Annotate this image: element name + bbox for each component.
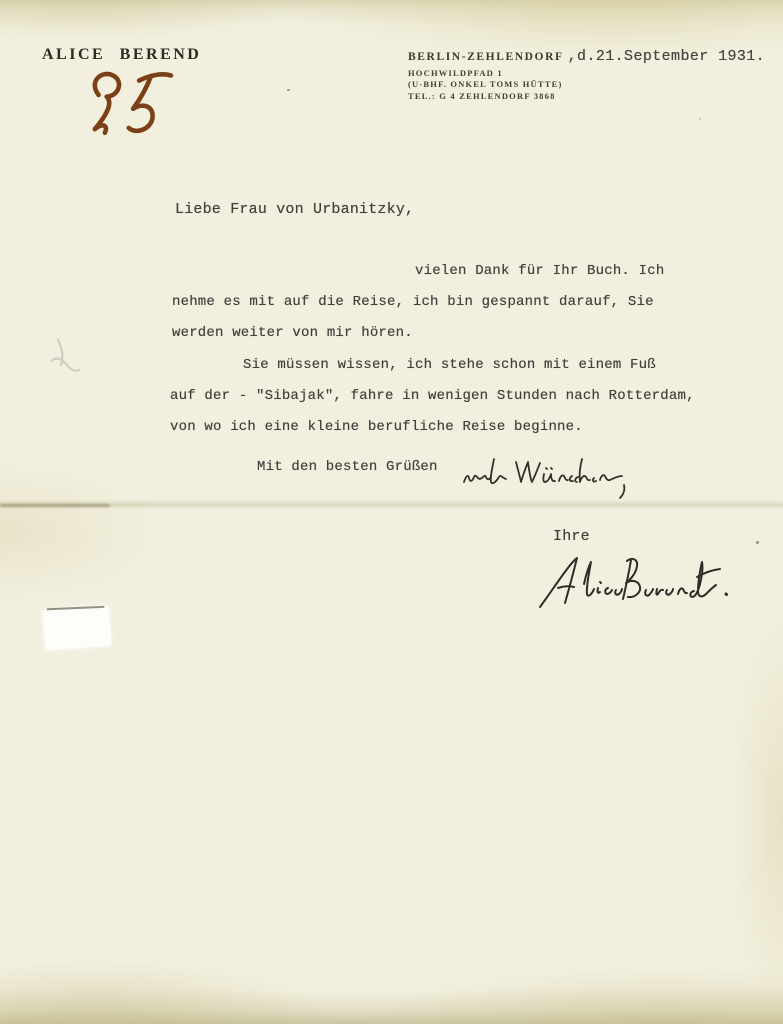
digit-5-stroke bbox=[127, 76, 153, 131]
closing-typed-line: Mit den besten Grüßen bbox=[257, 460, 438, 474]
body-line: vielen Dank für Ihr Buch. Ich bbox=[415, 264, 664, 278]
signature-strokes bbox=[540, 558, 727, 607]
body-line: Sie müssen wissen, ich stehe schon mit e… bbox=[243, 358, 656, 372]
closing-word: Ihre bbox=[553, 529, 590, 544]
letterhead-telephone: TEL.: G 4 ZEHLENDORF 3868 bbox=[408, 91, 758, 102]
signature-capital-b-stroke bbox=[623, 559, 640, 599]
signature-d-cross-stroke bbox=[697, 569, 720, 577]
salutation: Liebe Frau von Urbanitzky, bbox=[175, 202, 414, 217]
digit-5-flag-stroke bbox=[139, 74, 171, 81]
signature-period-stroke bbox=[726, 594, 727, 595]
fold-crease-edge bbox=[0, 504, 110, 507]
fold-crease bbox=[0, 500, 783, 509]
handwritten-und-wuenschen bbox=[456, 447, 646, 502]
number-25-strokes bbox=[93, 72, 173, 133]
letterhead-city-date-row: BERLIN-ZEHLENDORF ,d.21.September 1931. bbox=[408, 48, 758, 65]
letterhead-street: HOCHWILDPFAD 1 bbox=[408, 68, 758, 79]
und-wuenschen-strokes bbox=[464, 459, 624, 498]
signature-erend-stroke bbox=[645, 562, 716, 597]
body-line: auf der - "Sibajak", fahre in wenigen St… bbox=[170, 389, 695, 403]
letterhead-city: BERLIN-ZEHLENDORF bbox=[408, 51, 564, 63]
body-line: nehme es mit auf die Reise, ich bin gesp… bbox=[172, 295, 654, 309]
typed-date: ,d.21.September 1931. bbox=[568, 48, 765, 65]
comma-stroke bbox=[620, 485, 624, 498]
white-correction-patch bbox=[43, 606, 112, 651]
word-und-stroke bbox=[464, 459, 506, 483]
letterhead-sender-name: ALICE BEREND bbox=[42, 46, 201, 64]
paper-speck bbox=[756, 541, 759, 544]
signature-alice-berend bbox=[534, 553, 746, 613]
signature-lice-stroke bbox=[584, 562, 622, 596]
letterhead-address-block: BERLIN-ZEHLENDORF ,d.21.September 1931. … bbox=[408, 48, 758, 102]
umlaut-dots-stroke bbox=[546, 468, 552, 469]
body-line: von wo ich eine kleine berufliche Reise … bbox=[170, 420, 583, 434]
pencil-smudge bbox=[46, 334, 82, 382]
pencil-smudge-stroke bbox=[52, 340, 79, 371]
signature-capital-a-stroke bbox=[540, 558, 577, 607]
paper-speck bbox=[287, 89, 290, 91]
letter-page: ALICE BEREND BERLIN-ZEHLENDORF ,d.21.Sep… bbox=[0, 0, 783, 1024]
handwritten-number-25 bbox=[73, 64, 181, 148]
digit-2-stroke bbox=[93, 74, 121, 134]
paper-speck bbox=[699, 118, 701, 120]
body-line: werden weiter von mir hören. bbox=[172, 326, 413, 340]
letterhead-station: (U-BHF. ONKEL TOMS HÜTTE) bbox=[408, 79, 758, 90]
word-wuenschen-stroke bbox=[516, 459, 622, 482]
